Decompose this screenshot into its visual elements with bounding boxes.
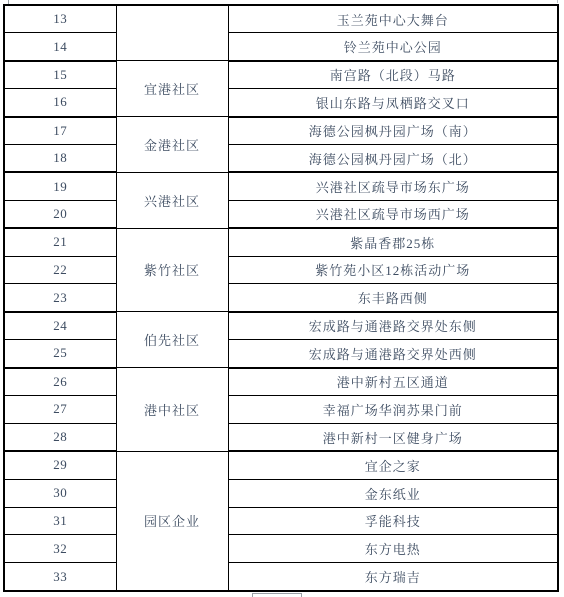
row-index-cell: 30 bbox=[4, 479, 116, 507]
row-index-cell: 17 bbox=[4, 117, 116, 145]
row-index-cell: 18 bbox=[4, 144, 116, 172]
cropped-table-border-remnant-top-right bbox=[557, 0, 558, 3]
table-row: 32东方电热 bbox=[4, 535, 558, 563]
table-row: 22紫竹苑小区12栋活动广场 bbox=[4, 256, 558, 284]
row-index-cell: 31 bbox=[4, 507, 116, 535]
row-index-cell: 25 bbox=[4, 340, 116, 368]
location-cell: 孚能科技 bbox=[228, 507, 558, 535]
table-row: 27幸福广场华润苏果门前 bbox=[4, 395, 558, 423]
location-cell: 港中新村一区健身广场 bbox=[228, 423, 558, 451]
row-index-cell: 14 bbox=[4, 33, 116, 61]
location-cell: 海德公园枫丹园广场（南） bbox=[228, 117, 558, 145]
row-index-cell: 33 bbox=[4, 563, 116, 591]
location-cell: 紫竹苑小区12栋活动广场 bbox=[228, 256, 558, 284]
community-cell: 港中社区 bbox=[116, 368, 228, 452]
row-index-cell: 16 bbox=[4, 89, 116, 117]
row-index-cell: 32 bbox=[4, 535, 116, 563]
row-index-cell: 15 bbox=[4, 61, 116, 89]
table-row: 31孚能科技 bbox=[4, 507, 558, 535]
location-cell: 港中新村五区通道 bbox=[228, 368, 558, 396]
location-cell: 南宫路（北段）马路 bbox=[228, 61, 558, 89]
table-row: 24伯先社区宏成路与通港路交界处东侧 bbox=[4, 312, 558, 340]
community-cell: 兴港社区 bbox=[116, 172, 228, 228]
location-cell: 宏成路与通港路交界处西侧 bbox=[228, 340, 558, 368]
location-cell: 宜企之家 bbox=[228, 451, 558, 479]
community-cell: 宜港社区 bbox=[116, 61, 228, 117]
location-cell: 兴港社区疏导市场西广场 bbox=[228, 200, 558, 228]
community-cell: 金港社区 bbox=[116, 117, 228, 173]
venue-table: 13玉兰苑中心大舞台14铃兰苑中心公园15宜港社区南宫路（北段）马路16银山东路… bbox=[3, 4, 559, 592]
community-cell: 园区企业 bbox=[116, 451, 228, 590]
table-row: 14铃兰苑中心公园 bbox=[4, 33, 558, 61]
row-index-cell: 21 bbox=[4, 228, 116, 256]
location-cell: 幸福广场华润苏果门前 bbox=[228, 395, 558, 423]
location-cell: 东方电热 bbox=[228, 535, 558, 563]
table-row: 20兴港社区疏导市场西广场 bbox=[4, 200, 558, 228]
table-row: 18海德公园枫丹园广场（北） bbox=[4, 144, 558, 172]
row-index-cell: 20 bbox=[4, 200, 116, 228]
document-page: 13玉兰苑中心大舞台14铃兰苑中心公园15宜港社区南宫路（北段）马路16银山东路… bbox=[0, 0, 564, 597]
location-cell: 兴港社区疏导市场东广场 bbox=[228, 172, 558, 200]
table-row: 13玉兰苑中心大舞台 bbox=[4, 5, 558, 33]
location-cell: 海德公园枫丹园广场（北） bbox=[228, 144, 558, 172]
venue-table-body: 13玉兰苑中心大舞台14铃兰苑中心公园15宜港社区南宫路（北段）马路16银山东路… bbox=[4, 5, 558, 591]
location-cell: 东丰路西侧 bbox=[228, 284, 558, 312]
row-index-cell: 22 bbox=[4, 256, 116, 284]
table-row: 17金港社区海德公园枫丹园广场（南） bbox=[4, 117, 558, 145]
table-row: 29园区企业宜企之家 bbox=[4, 451, 558, 479]
table-row: 19兴港社区兴港社区疏导市场东广场 bbox=[4, 172, 558, 200]
location-cell: 宏成路与通港路交界处东侧 bbox=[228, 312, 558, 340]
table-row: 25宏成路与通港路交界处西侧 bbox=[4, 340, 558, 368]
table-row: 23东丰路西侧 bbox=[4, 284, 558, 312]
location-cell: 东方瑞吉 bbox=[228, 563, 558, 591]
community-cell: 伯先社区 bbox=[116, 312, 228, 368]
community-cell: 紫竹社区 bbox=[116, 228, 228, 312]
table-row: 26港中社区港中新村五区通道 bbox=[4, 368, 558, 396]
row-index-cell: 27 bbox=[4, 395, 116, 423]
row-index-cell: 23 bbox=[4, 284, 116, 312]
table-row: 15宜港社区南宫路（北段）马路 bbox=[4, 61, 558, 89]
location-cell: 玉兰苑中心大舞台 bbox=[228, 5, 558, 33]
row-index-cell: 28 bbox=[4, 423, 116, 451]
location-cell: 紫晶香郡25栋 bbox=[228, 228, 558, 256]
table-row: 28港中新村一区健身广场 bbox=[4, 423, 558, 451]
row-index-cell: 13 bbox=[4, 5, 116, 33]
location-cell: 金东纸业 bbox=[228, 479, 558, 507]
row-index-cell: 26 bbox=[4, 368, 116, 396]
location-cell: 铃兰苑中心公园 bbox=[228, 33, 558, 61]
community-cell bbox=[116, 5, 228, 61]
row-index-cell: 19 bbox=[4, 172, 116, 200]
row-index-cell: 24 bbox=[4, 312, 116, 340]
location-cell: 银山东路与凤栖路交叉口 bbox=[228, 89, 558, 117]
row-index-cell: 29 bbox=[4, 451, 116, 479]
cropped-element-remnant-bottom bbox=[252, 593, 302, 597]
table-row: 30金东纸业 bbox=[4, 479, 558, 507]
table-row: 21紫竹社区紫晶香郡25栋 bbox=[4, 228, 558, 256]
table-row: 16银山东路与凤栖路交叉口 bbox=[4, 89, 558, 117]
table-row: 33东方瑞吉 bbox=[4, 563, 558, 591]
